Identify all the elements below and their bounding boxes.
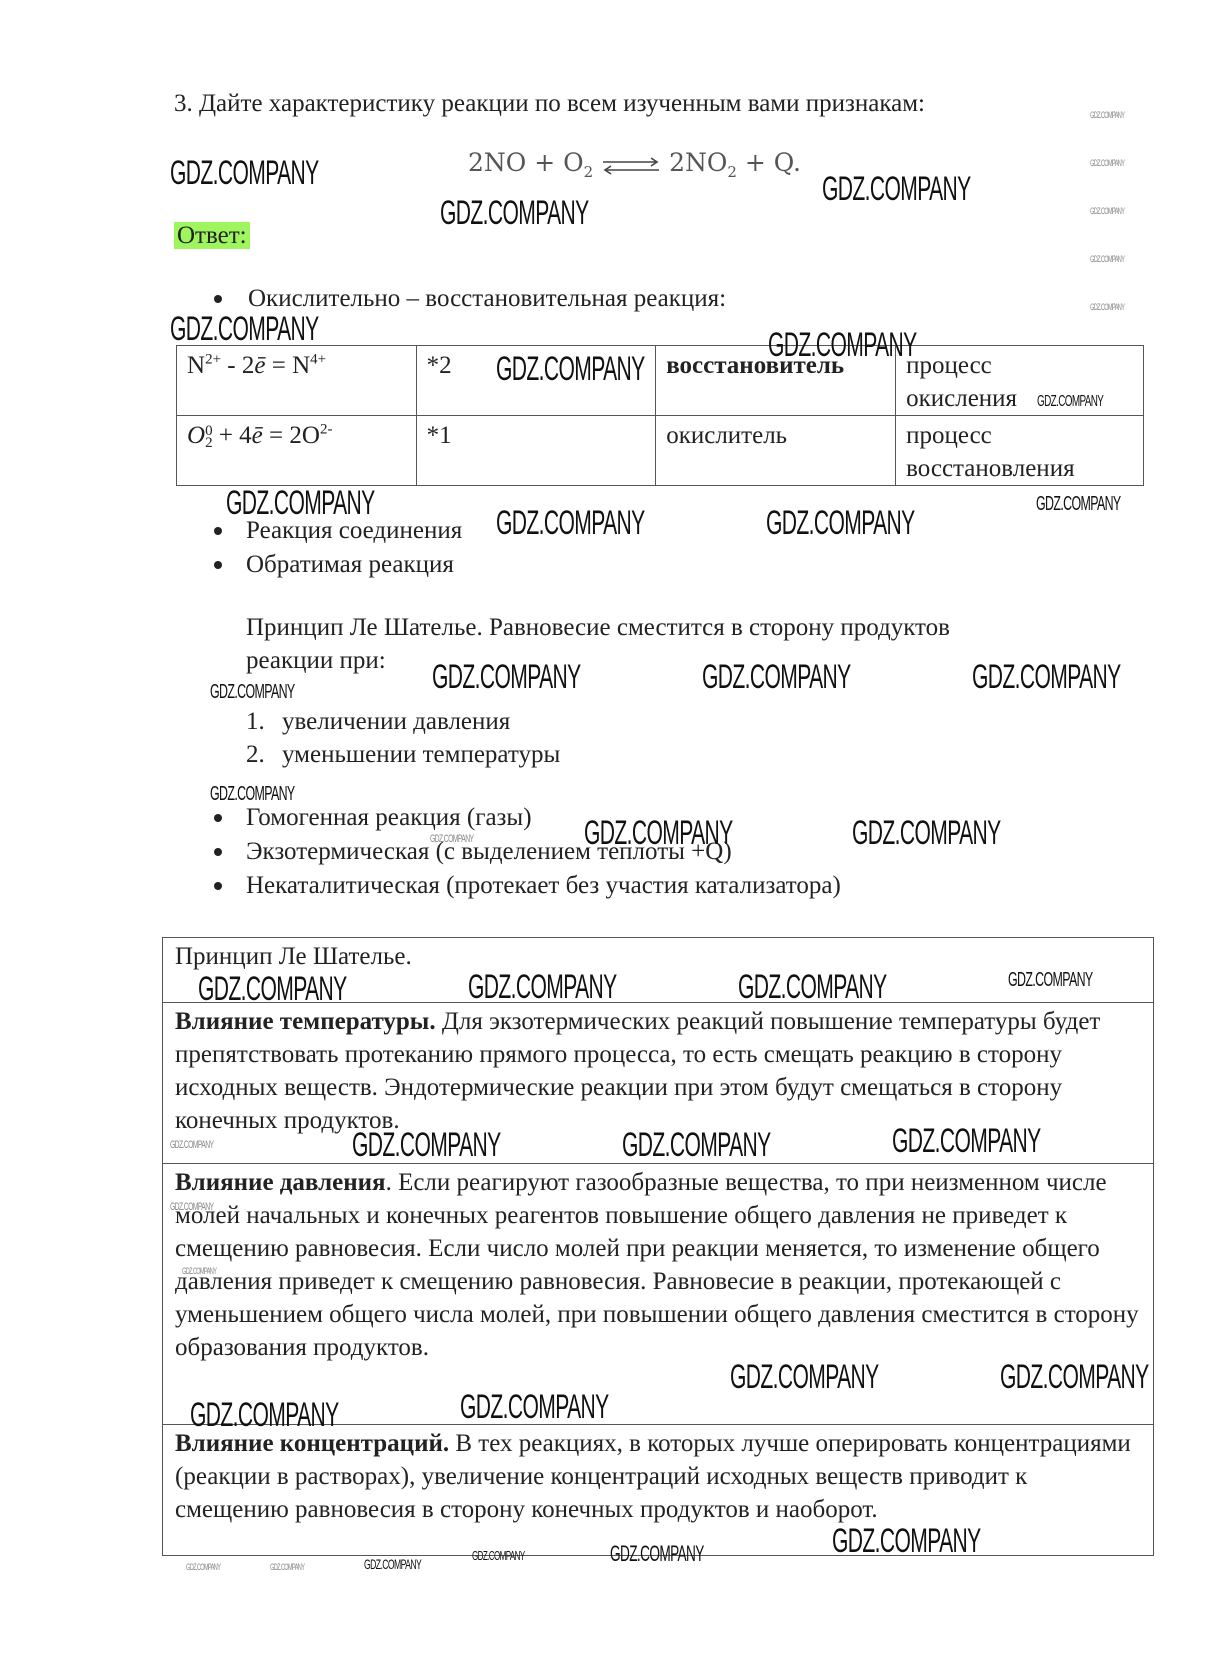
watermark: GDZ.COMPANY xyxy=(1000,1360,1149,1394)
eq-sup: 2+ xyxy=(205,352,221,368)
watermark: GDZ.COMPANY xyxy=(1090,302,1124,313)
bullet-text: Окислительно – восстановительная реакция… xyxy=(248,283,726,315)
info-cell: Влияние концентраций. В тех реакциях, в … xyxy=(163,1425,1154,1556)
eq-sup: 2- xyxy=(320,422,333,438)
watermark: GDZ.COMPANY xyxy=(496,352,645,386)
watermark: GDZ.COMPANY xyxy=(170,156,319,190)
electron-symbol: ē xyxy=(254,352,265,379)
eq-sup: 4+ xyxy=(310,352,326,368)
info-title: Влияние концентраций. xyxy=(175,1430,449,1457)
coefficient-cell: *1 xyxy=(416,416,656,486)
watermark: GDZ.COMPANY xyxy=(170,1140,213,1151)
watermark: GDZ.COMPANY xyxy=(768,328,917,362)
process-line: процесс xyxy=(906,349,1133,382)
eq-part: N xyxy=(187,352,205,379)
watermark: GDZ.COMPANY xyxy=(852,816,1001,850)
process-cell: процесс восстановления xyxy=(896,416,1144,486)
numbered-item: 1. увеличении давления xyxy=(246,706,265,738)
item-number: 1. xyxy=(246,708,265,735)
electron-symbol: ē xyxy=(252,422,263,449)
table-row: Влияние концентраций. В тех реакциях, в … xyxy=(163,1425,1154,1556)
watermark: GDZ.COMPANY xyxy=(170,312,319,346)
watermark: GDZ.COMPANY xyxy=(472,1548,525,1564)
watermark: GDZ.COMPANY xyxy=(182,1266,216,1277)
numbered-item: 2. уменьшении температуры xyxy=(246,739,265,771)
bullet-icon xyxy=(214,561,222,569)
bullet-icon xyxy=(214,295,222,303)
watermark: GDZ.COMPANY xyxy=(352,1128,501,1162)
watermark: GDZ.COMPANY xyxy=(1008,972,1093,988)
role-cell: окислитель xyxy=(656,416,896,486)
redox-table: N2+ - 2ē = N4+ *2 восстановитель процесс… xyxy=(176,345,1144,486)
watermark: GDZ.COMPANY xyxy=(972,660,1121,694)
le-chatelier-table: Принцип Ле Шателье. Влияние температуры.… xyxy=(162,937,1154,1556)
eq-sub: 2 xyxy=(205,437,213,449)
half-reaction-cell: O02 + 4ē = 2O2- xyxy=(177,416,417,486)
eq-right: 2NO xyxy=(669,148,727,177)
answer-label: Ответ: xyxy=(174,220,250,252)
item-text: увеличении давления xyxy=(282,706,510,738)
watermark: GDZ.COMPANY xyxy=(1090,158,1124,169)
table-row: O02 + 4ē = 2O2- *1 окислитель процесс во… xyxy=(177,416,1144,486)
item-text: уменьшении температуры xyxy=(282,739,560,771)
bullet-text: Некаталитическая (протекает без участия … xyxy=(246,870,841,902)
watermark: GDZ.COMPANY xyxy=(1036,496,1121,512)
watermark: GDZ.COMPANY xyxy=(198,972,347,1006)
bullet-icon xyxy=(214,527,222,535)
watermark: GDZ.COMPANY xyxy=(430,834,473,845)
watermark: GDZ.COMPANY xyxy=(460,1390,609,1424)
watermark: GDZ.COMPANY xyxy=(186,1562,220,1573)
watermark: GDZ.COMPANY xyxy=(496,506,645,540)
question-number: 3. xyxy=(174,90,193,117)
le-chatelier-line2: реакции при: xyxy=(246,645,386,677)
item-number: 2. xyxy=(246,741,265,768)
watermark: GDZ.COMPANY xyxy=(1090,206,1124,217)
watermark: GDZ.COMPANY xyxy=(766,506,915,540)
eq-part: = 2O xyxy=(263,422,320,449)
watermark: GDZ.COMPANY xyxy=(730,1360,879,1394)
process-line: процесс xyxy=(906,419,1133,452)
eq-right-tail: + Q. xyxy=(737,148,801,177)
watermark: GDZ.COMPANY xyxy=(190,1398,339,1432)
eq-right-sub: 2 xyxy=(727,163,737,181)
watermark: GDZ.COMPANY xyxy=(210,684,295,700)
bullet-icon xyxy=(214,882,222,890)
watermark: GDZ.COMPANY xyxy=(270,1562,304,1573)
watermark: GDZ.COMPANY xyxy=(892,1124,1041,1158)
watermark: GDZ.COMPANY xyxy=(1090,254,1124,265)
bullet-icon xyxy=(214,848,222,856)
question-body: Дайте характеристику реакции по всем изу… xyxy=(199,90,925,117)
watermark: GDZ.COMPANY xyxy=(210,786,295,802)
eq-part: O xyxy=(187,422,205,449)
watermark: GDZ.COMPANY xyxy=(226,486,375,520)
watermark: GDZ.COMPANY xyxy=(702,660,851,694)
watermark: GDZ.COMPANY xyxy=(738,970,887,1004)
half-reaction-cell: N2+ - 2ē = N4+ xyxy=(177,346,417,416)
watermark: GDZ.COMPANY xyxy=(432,660,581,694)
reversible-arrow-icon xyxy=(601,154,661,176)
bullet-text: Гомогенная реакция (газы) xyxy=(246,802,532,834)
watermark: GDZ.COMPANY xyxy=(440,196,589,230)
info-title: Влияние давления xyxy=(175,1169,386,1196)
bullet-icon xyxy=(214,814,222,822)
question-text: 3. Дайте характеристику реакции по всем … xyxy=(174,88,925,120)
le-chatelier-line1: Принцип Ле Шателье. Равновесие сместится… xyxy=(246,612,950,644)
info-title: Влияние температуры. xyxy=(175,1008,436,1035)
watermark: GDZ.COMPANY xyxy=(832,1524,981,1558)
watermark: GDZ.COMPANY xyxy=(468,970,617,1004)
eq-part: - 2 xyxy=(221,352,254,379)
watermark: GDZ.COMPANY xyxy=(610,1546,704,1562)
watermark: GDZ.COMPANY xyxy=(170,1202,213,1213)
watermark: GDZ.COMPANY xyxy=(622,1128,771,1162)
reaction-equation: 2NO + O2 2NO2 + Q. xyxy=(468,148,801,177)
watermark: GDZ.COMPANY xyxy=(364,1556,421,1572)
eq-part: + 4 xyxy=(213,422,252,449)
watermark: GDZ.COMPANY xyxy=(584,816,733,850)
bullet-text: Обратимая реакция xyxy=(246,549,454,581)
process-line: восстановления xyxy=(906,452,1133,485)
eq-part: = N xyxy=(265,352,310,379)
watermark: GDZ.COMPANY xyxy=(1090,110,1124,121)
eq-left: 2NO + O xyxy=(468,148,584,177)
table-row: N2+ - 2ē = N4+ *2 восстановитель процесс… xyxy=(177,346,1144,416)
process-cell: процесс окисления xyxy=(896,346,1144,416)
watermark: GDZ.COMPANY xyxy=(1037,394,1103,410)
watermark: GDZ.COMPANY xyxy=(822,172,971,206)
eq-left-sub: 2 xyxy=(584,163,594,181)
info-text: . Если реагируют газообразные вещества, … xyxy=(175,1169,1139,1361)
answer-label-text: Ответ: xyxy=(174,222,250,249)
